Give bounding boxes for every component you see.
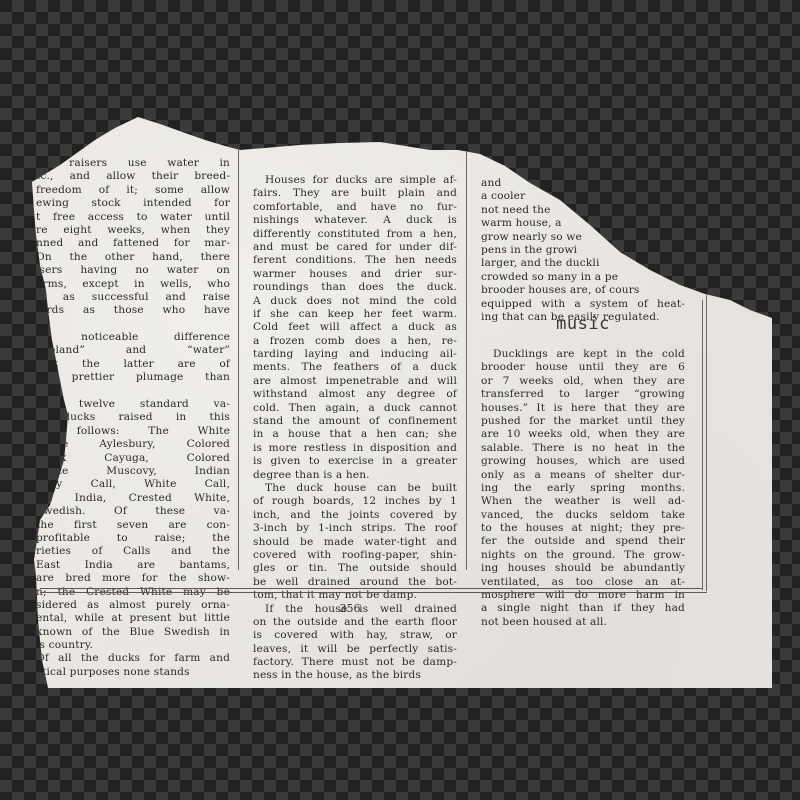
text-line: Of all the ducks for farm and (36, 652, 230, 665)
text-line: of rough boards, 12 inches by 1 (253, 495, 457, 508)
text-line: The duck house can be built (253, 482, 457, 495)
text-line: is more restless in disposition and (253, 442, 457, 455)
text-line: ing the early spring months. (481, 482, 685, 495)
text-line: transferred to larger “growing (481, 388, 685, 401)
text-line: and must be cared for under dif- (253, 241, 457, 254)
text-line: gles or tin. The outside should (253, 562, 457, 575)
text-line: not been housed at all. (481, 616, 685, 629)
text-line: st as successful and raise (36, 291, 230, 304)
text-line: 3-inch by 1-inch strips. The roof (253, 522, 457, 535)
text-line: brooder houses are, of cours (481, 284, 685, 297)
text-line: or 7 weeks old, when they are (481, 375, 685, 388)
text-line: a cooler (481, 190, 685, 203)
text-line: birds as those who have (36, 304, 230, 317)
text-line: degree than is a hen. (253, 469, 457, 482)
text-line: withstand almost any degree of (253, 388, 457, 401)
text-line: is given to exercise in a greater (253, 455, 457, 468)
text-line: sidered as almost purely orna- (36, 599, 230, 612)
text-column-3-top: anda coolernot need thewarm house, agrow… (481, 177, 685, 324)
text-line: differently constituted from a hen, (253, 228, 457, 241)
text-line: are bred more for the show- (36, 572, 230, 585)
text-line: ness in the house, as the birds (253, 669, 457, 682)
text-line: if she can keep her feet warm. (253, 308, 457, 321)
text-line: salable. There is no heat in the (481, 442, 685, 455)
text-line: roundings than does the duck. (253, 281, 457, 294)
text-line: f ducks raised in this (36, 411, 230, 424)
text-line: ast India, Crested White, (36, 492, 230, 505)
text-line: a frozen comb does a hen, re- (253, 335, 457, 348)
page-number: 356 (320, 602, 380, 615)
bottom-rule-inner (40, 588, 703, 589)
text-line: equipped with a system of heat- (481, 298, 685, 311)
text-line: leaves, it will be perfectly satis- (253, 643, 457, 656)
text-line: a single night than if they had (481, 602, 685, 615)
text-line: stand the amount of confinement (253, 415, 457, 428)
right-border-inner (702, 300, 703, 590)
text-line: growing houses, which are used (481, 455, 685, 468)
text-column-1: ck raisers use water intc., and allow th… (36, 157, 230, 679)
text-line: on the outside and the earth floor (253, 616, 457, 629)
text-line: is covered with hay, straw, or (253, 629, 457, 642)
text-line: factory. There must not be damp- (253, 656, 457, 669)
text-line: brooder house until they are 6 (481, 361, 685, 374)
text-line: pens in the growi (481, 244, 685, 257)
text-line: nd prettier plumage than (36, 371, 230, 384)
text-line: not need the (481, 204, 685, 217)
text-line: covered with roofing-paper, shin- (253, 549, 457, 562)
text-line: fer the outside and spend their (481, 535, 685, 548)
right-border-outer (706, 295, 707, 591)
text-line: Cold feet will affect a duck as (253, 321, 457, 334)
text-line: Ducklings are kept in the cold (481, 348, 685, 361)
text-line: vanced, the ducks seldom take (481, 509, 685, 522)
text-line: nights on the ground. The grow- (481, 549, 685, 562)
text-line: On the other hand, there (36, 251, 230, 264)
text-line: in a house that a hen can; she (253, 428, 457, 441)
text-line: warm house, a (481, 217, 685, 230)
text-line: ing houses should be abundantly (481, 562, 685, 575)
text-line: fairs. They are built plain and (253, 187, 457, 200)
text-line: pushed for the market until they (481, 415, 685, 428)
text-line: profitable to raise; the (36, 532, 230, 545)
text-line: grow nearly so we (481, 231, 685, 244)
text-line: nishings whatever. A duck is (253, 214, 457, 227)
text-line: as follows: The White (36, 425, 230, 438)
column-divider-2 (466, 152, 467, 570)
text-line: nned and fattened for mar- (36, 237, 230, 250)
text-line: re eight weeks, when they (36, 224, 230, 237)
text-line: ferent conditions. The hen needs (253, 254, 457, 267)
text-line: Houses for ducks are simple af- (253, 174, 457, 187)
text-line: is country. (36, 639, 230, 652)
text-line: warmer houses and drier sur- (253, 268, 457, 281)
text-line: Gray Call, White Call, (36, 478, 230, 491)
text-line: er. (36, 385, 230, 398)
text-line: ctical purposes none stands (36, 666, 230, 679)
section-heading: music (481, 314, 685, 334)
text-line: ly noticeable difference (36, 331, 230, 344)
text-line: comfortable, and have no fur- (253, 201, 457, 214)
text-line: inch, and the joints covered by (253, 509, 457, 522)
text-line: tarding laying and inducing ail- (253, 348, 457, 361)
text-line: larger, and the duckli (481, 257, 685, 270)
text-line: tc., and allow their breed- (36, 170, 230, 183)
text-line: are almost impenetrable and will (253, 375, 457, 388)
text-line: crowded so many in a pe (481, 271, 685, 284)
text-line: and (481, 177, 685, 190)
text-line: only as a means of shelter dur- (481, 469, 685, 482)
text-line: should be made water-tight and (253, 536, 457, 549)
bottom-rule-outer (40, 592, 707, 593)
text-line: “upland” and “water” (36, 344, 230, 357)
text-line: East India are bantams, (36, 559, 230, 572)
text-line: the first seven are con- (36, 519, 230, 532)
text-line: A duck does not mind the cold (253, 295, 457, 308)
text-line: Black Cayuga, Colored (36, 452, 230, 465)
text-line: houses.” It is here that they are (481, 402, 685, 415)
text-line: Swedish. Of these va- (36, 505, 230, 518)
text-line: r. (36, 318, 230, 331)
text-line: ewing stock intended for (36, 197, 230, 210)
text-line: rieties of Calls and the (36, 545, 230, 558)
text-line: t free access to water until (36, 211, 230, 224)
text-line: to the houses at night; they pre- (481, 522, 685, 535)
text-line: ments. The feathers of a duck (253, 361, 457, 374)
text-line: arms, except in wells, who (36, 278, 230, 291)
text-line: are twelve standard va- (36, 398, 230, 411)
text-line: cold. Then again, a duck cannot (253, 402, 457, 415)
text-line: White Muscovy, Indian (36, 465, 230, 478)
text-line: ck raisers use water in (36, 157, 230, 170)
text-line: that the latter are of (36, 358, 230, 371)
column-divider-1 (238, 150, 239, 570)
torn-paper-page: ck raisers use water intc., and allow th… (0, 0, 800, 800)
text-line: When the weather is well ad- (481, 495, 685, 508)
text-line: known of the Blue Swedish in (36, 626, 230, 639)
text-line: White Aylesbury, Colored (36, 438, 230, 451)
text-line: are 10 weeks old, when they are (481, 428, 685, 441)
text-line: isers having no water on (36, 264, 230, 277)
text-line: ental, while at present but little (36, 612, 230, 625)
text-line: freedom of it; some allow (36, 184, 230, 197)
